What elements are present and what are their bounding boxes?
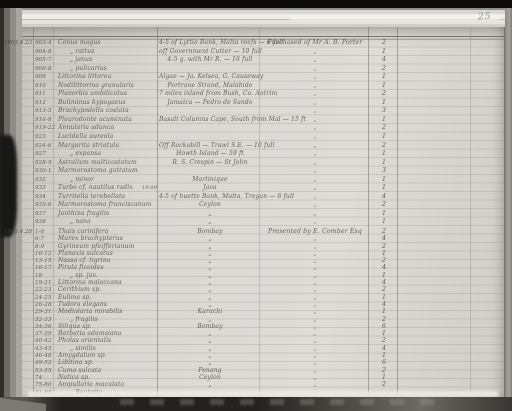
name-cell: Planorbis umbilicatus	[58, 90, 127, 98]
name-cell: „ pulicarius	[70, 65, 107, 73]
name-cell: Margarita striatula	[58, 142, 119, 150]
name-cell: Marmorostoma franciscanum	[58, 201, 152, 209]
donor-cell: „	[261, 133, 369, 141]
name-cell: Turbo cf. nautilus radix	[58, 184, 133, 192]
donor-cell: „	[261, 116, 369, 124]
locality-cell: R. S. Crespin — St John	[159, 159, 261, 167]
name-cell: Conus magus	[58, 39, 101, 47]
ledger-row: 74Natica sp.Ceylon„1	[22, 374, 505, 381]
ledger-row: 927„ expansaHowth Island — 59 ft„1	[22, 150, 505, 159]
donor-cell: „	[261, 142, 369, 150]
name-cell: Marmorostoma guttatum	[58, 167, 138, 175]
name-cell: Lucidella aureola	[58, 133, 113, 141]
ledger-row: 910Nodilittorina granularisPortrane Stra…	[22, 82, 505, 91]
locality-cell: 4-5 of huette Bank, Malta, Tregan — 6 fu…	[159, 193, 261, 201]
name-cell: Janthina fragilis	[58, 210, 109, 218]
regno-cell: 919-22	[35, 124, 55, 132]
donor-cell: „	[261, 99, 369, 107]
donor-cell: „	[261, 90, 369, 98]
regno-cell: 916-8	[35, 116, 52, 124]
locality-cell: Basalt Columns Cape, South from Mal — 15…	[159, 116, 261, 124]
regno-cell: 935-6	[35, 201, 52, 209]
ledger-row: 928-9Astralium multicostatumR. S. Crespi…	[22, 159, 505, 168]
donor-cell: „	[261, 56, 369, 64]
tally-cell: 1	[372, 210, 396, 218]
bottom-shadow-texture	[120, 399, 450, 405]
ledger-row: 937Janthina fragilis„„1	[22, 210, 505, 219]
regno-cell: 904-8	[35, 48, 52, 56]
donor-cell: „	[261, 159, 369, 167]
ledger-row: 932„ minorMartinique„1	[22, 176, 505, 185]
tally-cell: 1	[372, 184, 396, 192]
tally-cell: 3	[372, 107, 396, 115]
name-cell: „ minor	[70, 176, 94, 184]
locality-cell: 4-5 g. with Mr R. — 16 full	[159, 56, 261, 64]
tally-cell: 2	[372, 65, 396, 73]
ledger-row: 6-7Murex brachypterus„„4	[22, 235, 505, 242]
tally-cell: 1	[372, 159, 396, 167]
tally-cell: 1	[372, 218, 396, 226]
regno-cell: 932	[35, 176, 46, 184]
ledger-row: 912Buliminus hypogaeusJamaica — Pedro de…	[22, 99, 505, 108]
ledger-row: 924-6Margarita striatulaOff Rockabill — …	[22, 142, 505, 151]
donor-cell: „	[261, 210, 369, 218]
tally-cell: 2	[372, 142, 396, 150]
regno-cell: 930-1	[35, 167, 52, 175]
ledger-row: 43-45„ similis„„4	[22, 345, 505, 352]
donor-cell: „	[261, 193, 369, 201]
tally-cell: 2	[372, 124, 396, 132]
regno-cell: 938	[35, 218, 46, 226]
donor-cell: „	[261, 124, 369, 132]
donor-cell: „	[261, 82, 369, 90]
name-cell: „ janus	[70, 56, 92, 64]
page-edge-highlight	[290, 16, 500, 20]
regno-cell: 937	[35, 210, 46, 218]
name-cell: Turritella terebellata	[58, 193, 125, 201]
page-number: 25	[478, 12, 492, 23]
ledger-row: 904-8„ rattusoff Government Cutter — 10 …	[22, 48, 505, 57]
locality-cell: Ceylon	[159, 201, 261, 209]
locality-cell: „	[159, 218, 261, 226]
name-cell: Annularia adunca	[58, 124, 114, 132]
donor-cell: Purchased of Mr A. B. Porter	[261, 39, 369, 47]
name-cell: Littorina littorea	[58, 73, 111, 81]
donor-cell: „	[261, 48, 369, 56]
scan-top-edge	[0, 0, 512, 8]
ledger-row: 13-15Nassa cf. tigrina„„2	[22, 257, 505, 264]
regno-cell: 911	[35, 90, 46, 98]
locality-cell: „	[159, 210, 261, 218]
regno-cell: 927	[35, 150, 46, 158]
ledger-row: 19-21Littorina malaccana„„4	[22, 279, 505, 286]
donor-cell: „	[261, 65, 369, 73]
ledger-row: 919-22Annularia adunca„2	[22, 124, 505, 133]
regno-cell: 910	[35, 82, 46, 90]
tally-cell: 1	[372, 133, 396, 141]
tally-cell: 2	[372, 90, 396, 98]
tally-cell: 1	[372, 176, 396, 184]
locality-cell: 7 miles inland from Bush, Co. Antrim	[159, 90, 261, 98]
header-rule	[22, 36, 505, 37]
tally-cell: 1	[372, 116, 396, 124]
donor-cell: „	[261, 73, 369, 81]
name-cell: Brachypodella costata	[58, 107, 129, 115]
scan-right-edge	[505, 8, 512, 411]
ledger-row: 911Planorbis umbilicatus7 miles inland f…	[22, 90, 505, 99]
binding-shadow	[0, 135, 17, 237]
locality-cell: Algae — Ja. Kelsea, G. Causeway	[159, 73, 261, 81]
ledger-row: 29-31Modiolaria mirabilisKarachi„1	[22, 308, 505, 315]
regno-cell: 905-7	[35, 56, 52, 64]
locality-cell: Martinique	[159, 176, 261, 184]
regno-cell: 934	[35, 193, 46, 201]
donor-cell: „	[261, 150, 369, 158]
tally-cell: 2	[372, 201, 396, 209]
name-cell: „ rattus	[70, 48, 94, 56]
ledger-row: 938„ nana„„1	[22, 218, 505, 227]
ledger-row: 8-9Gyrineum pfeifferianum„„2	[22, 243, 505, 250]
ledger-row: 24-25Eulima sp.„„1	[22, 294, 505, 301]
ledger-section-1: 1903.4.23903-4Conus magus4-5 of Lyttia B…	[22, 39, 505, 227]
locality-cell: Portrane Strand, Malahide	[159, 82, 261, 90]
name-cell: Astralium multicostatum	[58, 159, 137, 167]
locality-cell: Howth Island — 59 ft	[159, 150, 261, 158]
ledger-row: 26-28Tudora elegans„„4	[22, 301, 505, 308]
ledger-page: 1903.4.23903-4Conus magus4-5 of Lyttia B…	[22, 27, 505, 397]
donor-cell: „	[261, 201, 369, 209]
donor-cell: „	[261, 184, 369, 192]
ledger-row: 16-17Pirula ficoides„„4	[22, 264, 505, 271]
ledger-row: 49-52Libitina sp.„„6	[22, 359, 505, 366]
ledger-row: 32-33„ fragilis„„2	[22, 316, 505, 323]
tally-cell: 4	[372, 56, 396, 64]
name-cell: Buliminus hypogaeus	[58, 99, 126, 107]
page-right-edge-line	[504, 27, 505, 397]
ledger-row: 913-5Brachypodella costata„3	[22, 107, 505, 116]
ledger-row: 34-36Siliqua sp.Bombay„6	[22, 323, 505, 330]
tally-cell: 3	[372, 167, 396, 175]
regno-cell: 906-8	[35, 65, 52, 73]
ledger-section-2: 1903.4.281-6Thais cariniferaBombayPresen…	[22, 228, 505, 396]
regno-cell: 909	[35, 73, 46, 81]
tally-cell: 1	[372, 73, 396, 81]
tally-cell: 1	[372, 82, 396, 90]
tally-cell: 1	[372, 48, 396, 56]
ledger-row: 933Turbo cf. nautilus radixJava„119.09	[22, 184, 505, 193]
ledger-row: 930-1Marmorostoma guttatum„3	[22, 167, 505, 176]
ledger-row: 22-23Cerithium sp.„„2	[22, 286, 505, 293]
regno-cell: 903-4	[35, 39, 52, 47]
locality-cell: off Government Cutter — 10 full	[159, 48, 261, 56]
ledger-row: 46-48Amygdalum sp.„„1	[22, 352, 505, 359]
regno-cell: 924-6	[35, 142, 52, 150]
locality-cell: 4-5 of Lyttia Bank, Malta reefs — 6 full	[159, 39, 261, 47]
tally-cell: 1	[372, 150, 396, 158]
tally-cell: 1	[372, 99, 396, 107]
regno-cell: 933	[35, 184, 46, 192]
ledger-row: 906-8„ pulicarius„2	[22, 65, 505, 74]
name-cell: „ expansa	[70, 150, 101, 158]
donor-cell: „	[261, 107, 369, 115]
ledger-row: 18„ sp. juv.„„1	[22, 272, 505, 279]
donor-cell: „	[261, 176, 369, 184]
donor-cell: „	[261, 218, 369, 226]
donor-cell: „	[261, 167, 369, 175]
scan-photo: 1903.4.23903-4Conus magus4-5 of Lyttia B…	[0, 0, 512, 411]
regno-cell: 912	[35, 99, 46, 107]
ledger-row: 37-39Barbatia adamsiana„„1	[22, 330, 505, 337]
ledger-row: 923Lucidella aureola„1	[22, 133, 505, 142]
name-cell: „ nana	[70, 218, 91, 226]
tally-cell: 4	[372, 193, 396, 201]
ledger-row: 1903.4.281-6Thais cariniferaBombayPresen…	[22, 228, 505, 235]
ledger-row: 10-12Planaxis sulcatus„„1	[22, 250, 505, 257]
locality-cell: Jamaica — Pedro de Sando	[159, 99, 261, 107]
ledger-row: 909Littorina littoreaAlgae — Ja. Kelsea,…	[22, 73, 505, 82]
ledger-row: 935-6Marmorostoma franciscanumCeylon„2	[22, 201, 505, 210]
ledger-row: 75-80Ampullaria maculata„„2	[22, 381, 505, 388]
regno-cell: 923	[35, 133, 46, 141]
name-extra: 19.09	[142, 184, 157, 192]
ledger-row: 916-8Pleurodonte acuminataBasalt Columns…	[22, 116, 505, 125]
name-cell: Nodilittorina granularis	[58, 82, 134, 90]
regno-cell: 913-5	[35, 107, 52, 115]
locality-cell: Java	[159, 184, 261, 192]
ledger-row: 40-42Pholas orientalis„„2	[22, 337, 505, 344]
regno-cell: 928-9	[35, 159, 52, 167]
ledger-row: 905-7„ janus4-5 g. with Mr R. — 16 full„…	[22, 56, 505, 65]
ledger-row: 1903.4.23903-4Conus magus4-5 of Lyttia B…	[22, 39, 505, 48]
name-cell: Pleurodonte acuminata	[58, 116, 132, 124]
ledger-row: 934Turritella terebellata4-5 of huette B…	[22, 193, 505, 202]
date-cell: 1903.4.23	[4, 39, 32, 47]
ledger-row: 53-55Cuma sulcataPenang„2	[22, 367, 505, 374]
tally-cell: 2	[372, 39, 396, 47]
locality-cell: Off Rockabill — Trawl S.E. — 10 full	[159, 142, 261, 150]
